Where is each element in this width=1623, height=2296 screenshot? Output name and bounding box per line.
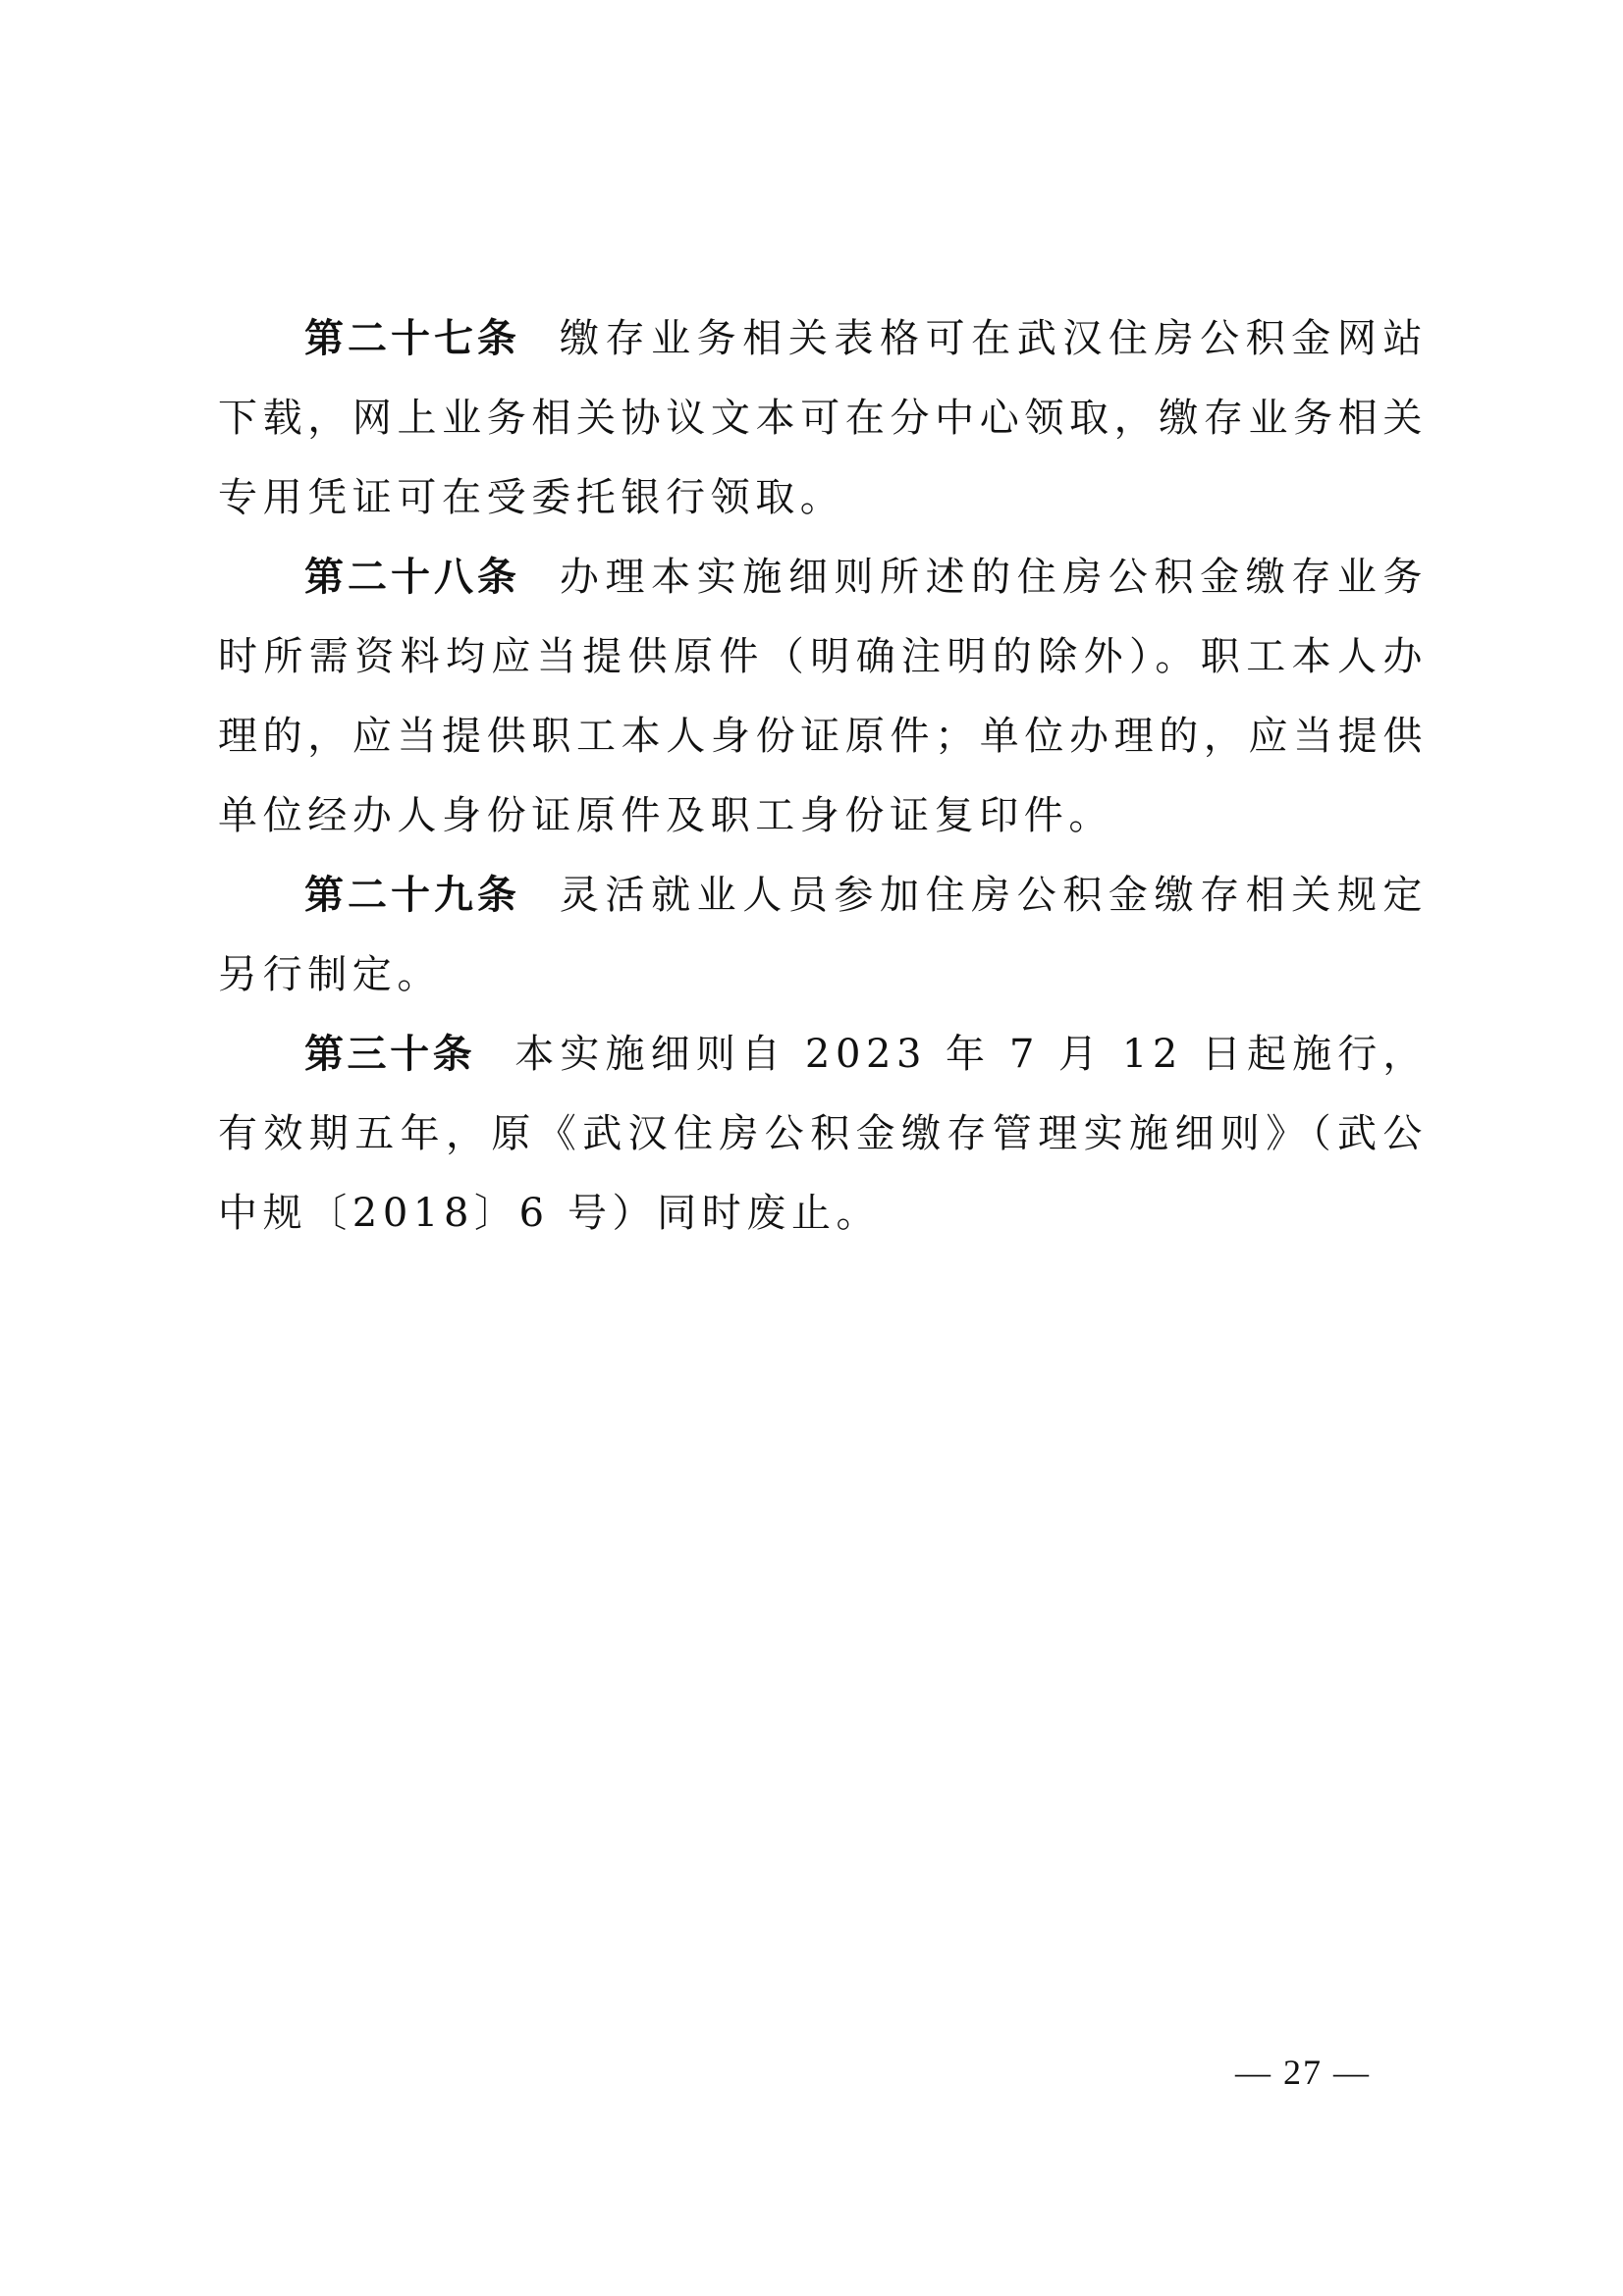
article-27: 第二十七条缴存业务相关表格可在武汉住房公积金网站下载，网上业务相关协议文本可在分… — [218, 299, 1428, 538]
article-heading: 第二十九条 — [304, 873, 520, 918]
article-28: 第二十八条办理本实施细则所述的住房公积金缴存业务时所需资料均应当提供原件（明确注… — [218, 538, 1428, 856]
document-body: 第二十七条缴存业务相关表格可在武汉住房公积金网站下载，网上业务相关协议文本可在分… — [218, 299, 1428, 1254]
article-29: 第二十九条灵活就业人员参加住房公积金缴存相关规定另行制定。 — [218, 856, 1428, 1015]
article-heading: 第二十七条 — [304, 316, 520, 361]
page-number: — 27 — — [1235, 2052, 1371, 2093]
article-heading: 第三十条 — [304, 1032, 475, 1077]
article-30: 第三十条本实施细则自 2023 年 7 月 12 日起施行，有效期五年，原《武汉… — [218, 1015, 1428, 1254]
article-heading: 第二十八条 — [304, 555, 520, 600]
